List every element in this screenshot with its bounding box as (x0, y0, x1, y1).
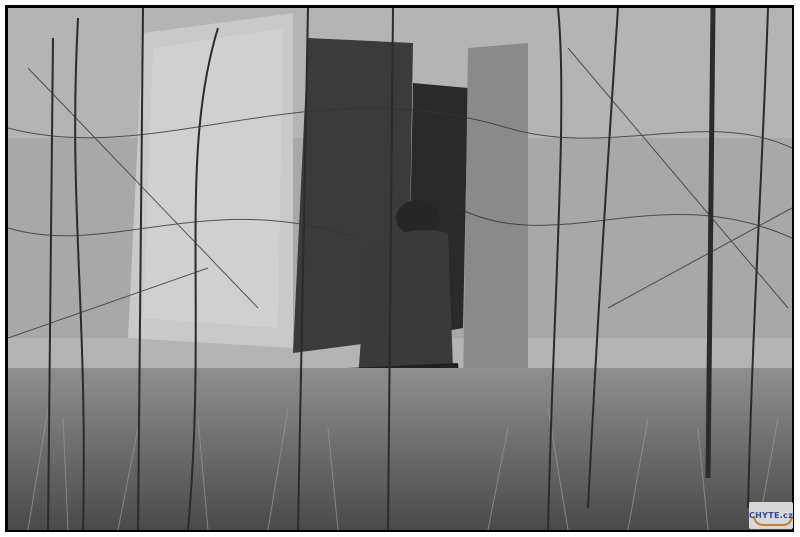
person-body (358, 230, 453, 378)
photo-scene (8, 8, 792, 530)
watermark-text: CHYTE.cz (749, 511, 793, 520)
right-panel (463, 43, 528, 398)
watermark-logo: CHYTE.cz (749, 502, 793, 529)
photograph (8, 8, 792, 530)
